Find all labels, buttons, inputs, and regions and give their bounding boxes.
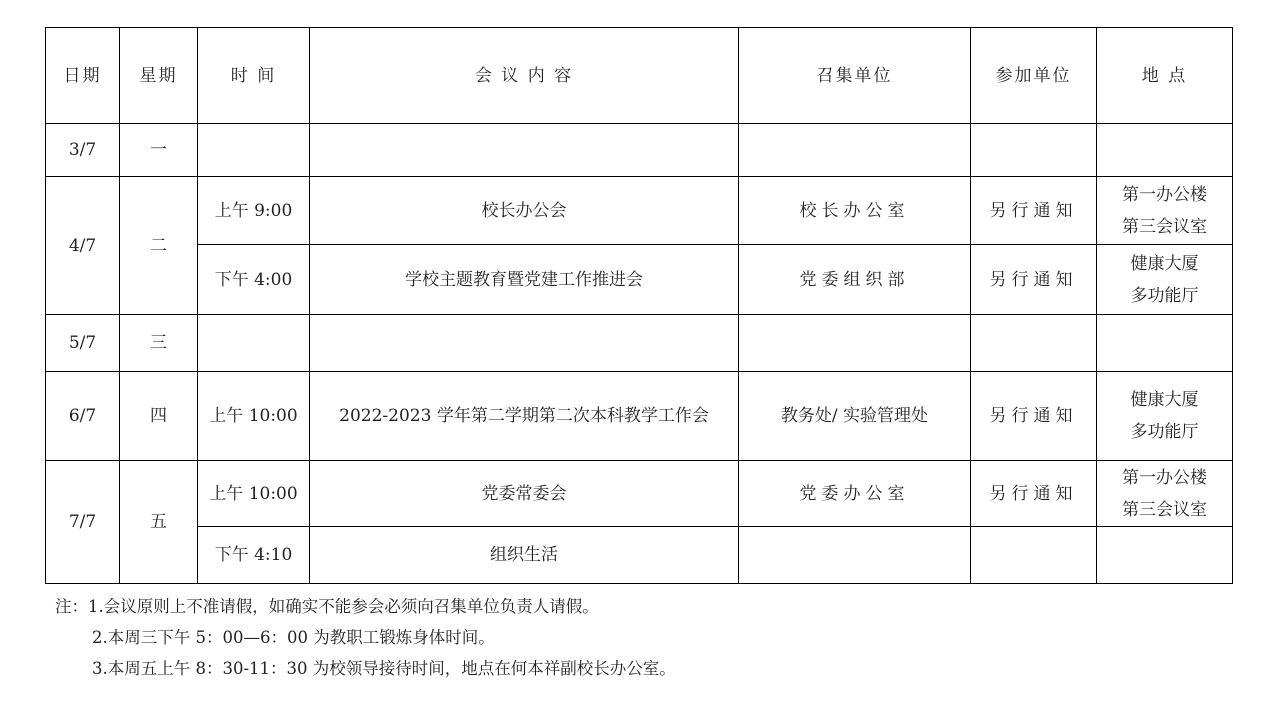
content-cell: 组织生活	[310, 527, 739, 584]
note-3: 3.本周五上午 8：30-11：30 为校领导接待时间，地点在何本祥副校长办公室…	[55, 653, 676, 684]
content-cell: 2022-2023 学年第二学期第二次本科教学工作会	[310, 372, 739, 461]
convener-cell: 校长办公室	[739, 177, 971, 245]
participants-cell	[971, 315, 1097, 372]
location-cell	[1097, 124, 1233, 177]
date-cell: 7/7	[46, 461, 120, 584]
location-cell: 健康大厦 多功能厅	[1097, 372, 1233, 461]
convener-cell: 党委组织部	[739, 245, 971, 315]
weekday-cell: 二	[120, 177, 198, 315]
date-cell: 4/7	[46, 177, 120, 315]
notes-section: 注：1.会议原则上不准请假，如确实不能参会必须向召集单位负责人请假。 2.本周三…	[55, 591, 676, 684]
time-cell: 上午 10:00	[198, 461, 310, 527]
convener-cell	[739, 527, 971, 584]
participants-cell: 另行通知	[971, 245, 1097, 315]
time-cell: 上午 10:00	[198, 372, 310, 461]
content-cell	[310, 315, 739, 372]
table-row: 6/7 四 上午 10:00 2022-2023 学年第二学期第二次本科教学工作…	[46, 372, 1233, 461]
weekday-cell: 五	[120, 461, 198, 584]
weekday-cell: 一	[120, 124, 198, 177]
location-line: 健康大厦	[1097, 384, 1232, 416]
content-cell	[310, 124, 739, 177]
participants-cell	[971, 124, 1097, 177]
convener-cell	[739, 315, 971, 372]
header-convener: 召集单位	[739, 28, 971, 124]
note-1: 注：1.会议原则上不准请假，如确实不能参会必须向召集单位负责人请假。	[55, 591, 676, 622]
table-row: 下午 4:10 组织生活	[46, 527, 1233, 584]
header-participants: 参加单位	[971, 28, 1097, 124]
location-line: 第三会议室	[1097, 494, 1232, 526]
location-line: 第一办公楼	[1097, 179, 1232, 211]
participants-cell: 另行通知	[971, 177, 1097, 245]
location-line: 健康大厦	[1097, 248, 1232, 280]
header-content: 会 议 内 容	[310, 28, 739, 124]
header-row: 日期 星期 时 间 会 议 内 容 召集单位 参加单位 地 点	[46, 28, 1233, 124]
time-cell: 下午 4:00	[198, 245, 310, 315]
date-cell: 6/7	[46, 372, 120, 461]
content-cell: 学校主题教育暨党建工作推进会	[310, 245, 739, 315]
note-2: 2.本周三下午 5：00—6：00 为教职工锻炼身体时间。	[55, 622, 676, 653]
location-line: 第一办公楼	[1097, 462, 1232, 494]
time-cell	[198, 124, 310, 177]
location-cell: 第一办公楼 第三会议室	[1097, 461, 1233, 527]
table-row: 下午 4:00 学校主题教育暨党建工作推进会 党委组织部 另行通知 健康大厦 多…	[46, 245, 1233, 315]
weekday-cell: 四	[120, 372, 198, 461]
table-row: 3/7 一	[46, 124, 1233, 177]
participants-cell	[971, 527, 1097, 584]
header-time: 时 间	[198, 28, 310, 124]
content-cell: 校长办公会	[310, 177, 739, 245]
location-line: 第三会议室	[1097, 211, 1232, 243]
table-row: 4/7 二 上午 9:00 校长办公会 校长办公室 另行通知 第一办公楼 第三会…	[46, 177, 1233, 245]
convener-cell: 教务处/ 实验管理处	[739, 372, 971, 461]
time-cell: 下午 4:10	[198, 527, 310, 584]
content-cell: 党委常委会	[310, 461, 739, 527]
meeting-schedule-table: 日期 星期 时 间 会 议 内 容 召集单位 参加单位 地 点 3/7 一 4/…	[45, 27, 1233, 584]
weekday-cell: 三	[120, 315, 198, 372]
location-cell	[1097, 527, 1233, 584]
time-cell: 上午 9:00	[198, 177, 310, 245]
date-cell: 3/7	[46, 124, 120, 177]
header-location: 地 点	[1097, 28, 1233, 124]
table-row: 5/7 三	[46, 315, 1233, 372]
location-line: 多功能厅	[1097, 280, 1232, 312]
location-cell: 健康大厦 多功能厅	[1097, 245, 1233, 315]
date-cell: 5/7	[46, 315, 120, 372]
convener-cell: 党委办公室	[739, 461, 971, 527]
convener-cell	[739, 124, 971, 177]
time-cell	[198, 315, 310, 372]
participants-cell: 另行通知	[971, 461, 1097, 527]
participants-cell: 另行通知	[971, 372, 1097, 461]
header-weekday: 星期	[120, 28, 198, 124]
location-cell: 第一办公楼 第三会议室	[1097, 177, 1233, 245]
table-row: 7/7 五 上午 10:00 党委常委会 党委办公室 另行通知 第一办公楼 第三…	[46, 461, 1233, 527]
location-cell	[1097, 315, 1233, 372]
location-line: 多功能厅	[1097, 416, 1232, 448]
header-date: 日期	[46, 28, 120, 124]
